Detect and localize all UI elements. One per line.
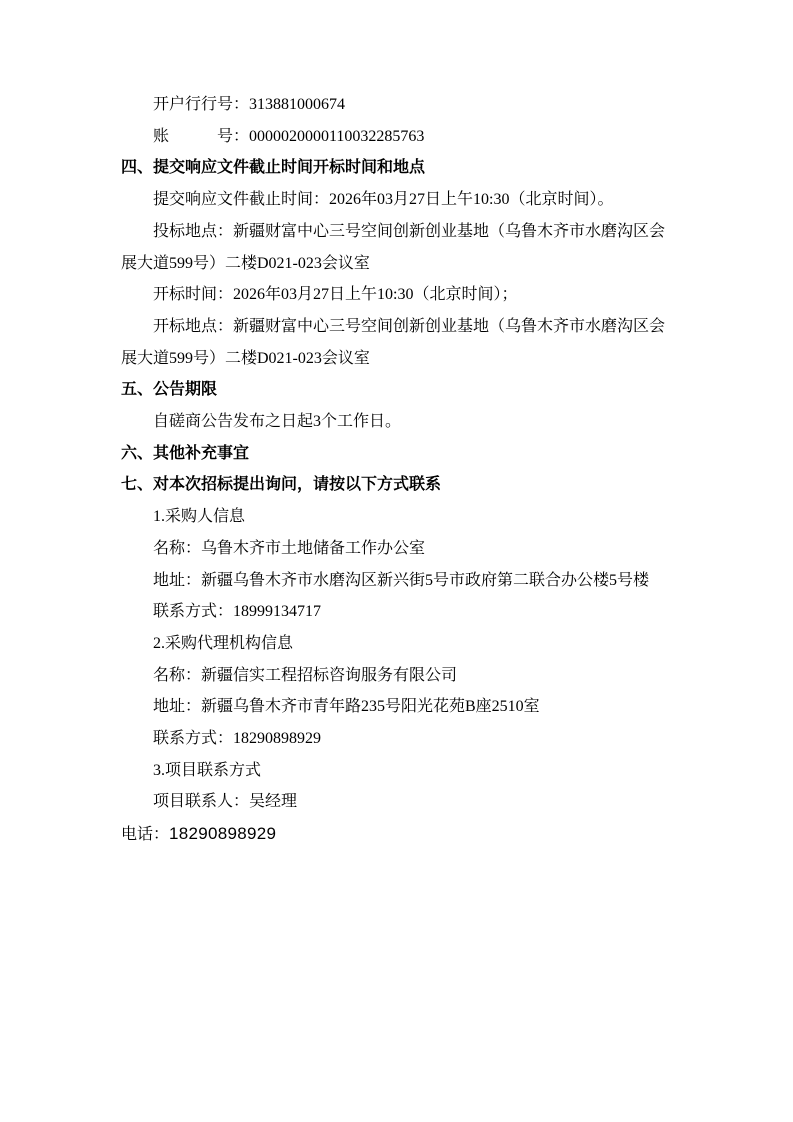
account-number-line: 账 号：0000020000110032285763	[121, 121, 721, 153]
phone-line: 电话：18290898929	[121, 818, 721, 851]
section-4-heading: 四、提交响应文件截止时间开标时间和地点	[121, 152, 721, 184]
response-deadline-line: 提交响应文件截止时间：2026年03月27日上午10:30（北京时间）。	[121, 184, 721, 216]
announcement-period-line: 自磋商公告发布之日起3个工作日。	[121, 406, 721, 438]
section-6-heading: 六、其他补充事宜	[121, 438, 721, 470]
document-content: 开户行行号：313881000674 账 号：00000200001100322…	[121, 89, 721, 851]
purchaser-name-line: 名称：乌鲁木齐市土地储备工作办公室	[121, 533, 721, 565]
opening-location-line-2: 展大道599号）二楼D021-023会议室	[121, 343, 721, 375]
opening-time-line: 开标时间：2026年03月27日上午10:30（北京时间）；	[121, 279, 721, 311]
bank-branch-number-line: 开户行行号：313881000674	[121, 89, 721, 121]
project-contact-person-line: 项目联系人：吴经理	[121, 786, 721, 818]
agency-name-line: 名称：新疆信实工程招标咨询服务有限公司	[121, 660, 721, 692]
agency-contact-line: 联系方式：18290898929	[121, 723, 721, 755]
agency-info-heading: 2.采购代理机构信息	[121, 628, 721, 660]
purchaser-contact-line: 联系方式：18999134717	[121, 596, 721, 628]
project-contact-heading: 3.项目联系方式	[121, 755, 721, 787]
document-page: 开户行行号：313881000674 账 号：00000200001100322…	[0, 0, 793, 1122]
purchaser-info-heading: 1.采购人信息	[121, 501, 721, 533]
section-7-heading: 七、对本次招标提出询问，请按以下方式联系	[121, 469, 721, 501]
opening-location-line-1: 开标地点：新疆财富中心三号空间创新创业基地（乌鲁木齐市水磨沟区会	[121, 311, 721, 343]
section-5-heading: 五、公告期限	[121, 374, 721, 406]
phone-number: 18290898929	[169, 824, 276, 843]
bid-location-line-1: 投标地点：新疆财富中心三号空间创新创业基地（乌鲁木齐市水磨沟区会	[121, 216, 721, 248]
purchaser-address-line: 地址：新疆乌鲁木齐市水磨沟区新兴街5号市政府第二联合办公楼5号楼	[121, 565, 721, 597]
phone-label: 电话：	[121, 826, 169, 843]
bid-location-line-2: 展大道599号）二楼D021-023会议室	[121, 248, 721, 280]
agency-address-line: 地址：新疆乌鲁木齐市青年路235号阳光花苑B座2510室	[121, 691, 721, 723]
